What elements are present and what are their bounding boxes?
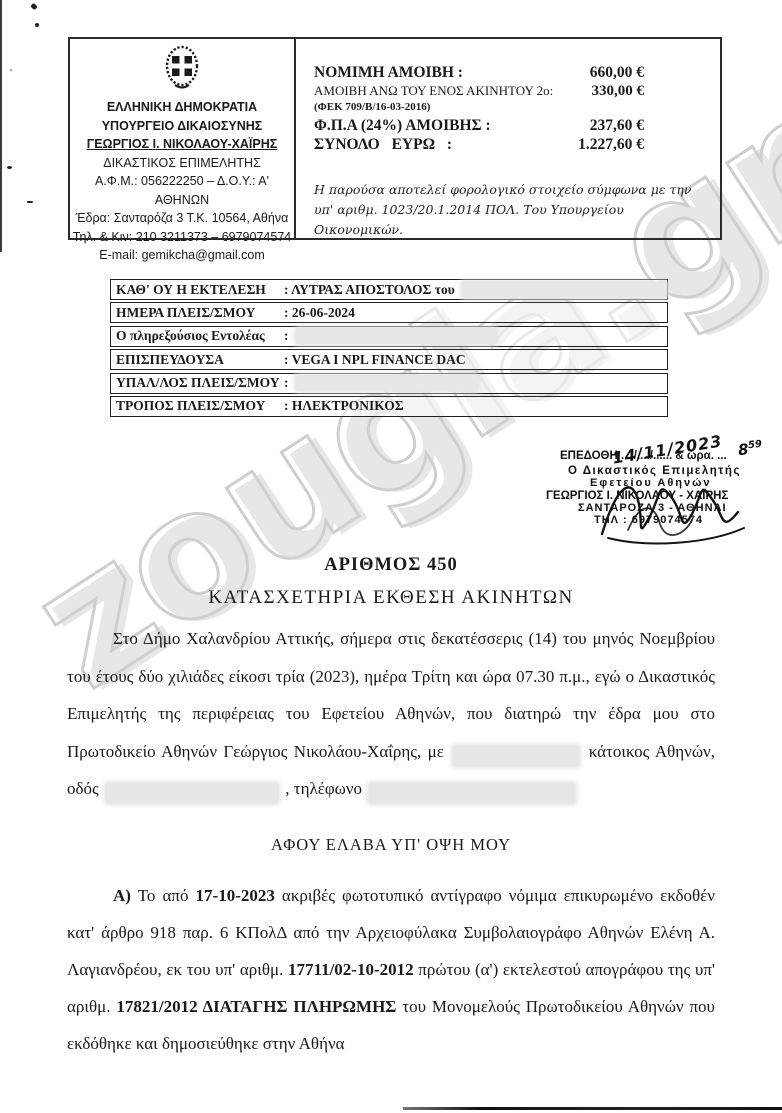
scan-bottom-artifact <box>403 1107 782 1110</box>
fee-tax-note: Η παρούσα αποτελεί φορολογικό στοιχείο σ… <box>314 180 706 240</box>
fee-label-legal: ΝΟΜΙΜΗ ΑΜΟΙΒΗ : <box>314 63 463 82</box>
row-value: : <box>284 375 289 391</box>
row-label: ΥΠΑΛ/ΛΟΣ ΠΛΕΙΣ/ΣΜΟΥ <box>116 375 284 391</box>
scan-edge-line <box>0 0 2 252</box>
case-details-table: ΚΑΘ' ΟΥ Η ΕΚΤΕΛΕΣΗ : ΛΥΤΡΑΣ ΑΠΟΣΤΟΛΟΣ το… <box>110 279 668 419</box>
letterhead-bailiff-name: ΓΕΩΡΓΙΟΣ Ι. ΝΙΚΟΛΑΟΥ-ΧΑΪΡΗΣ <box>70 135 294 154</box>
scanned-document-page: zougla.gr ΕΛΛΗΝΙΚΗ ΔΗΜΟΚΡΑΤΙΑ ΥΠΟΥΡΓΕΙΟ … <box>0 0 782 1113</box>
paragraph-text-bold: 17711/02-10-2012 <box>288 960 414 979</box>
stamp-served-dots2: ... <box>717 450 727 462</box>
paragraph-text-bold: 17821/2012 ΔΙΑΤΑΓΗΣ ΠΛΗΡΩΜΗΣ <box>116 997 396 1016</box>
fee-amount-legal: 660,00 € <box>590 63 644 82</box>
row-value: : ΛΥΤΡΑΣ ΑΠΟΣΤΟΛΟΣ του <box>284 282 455 298</box>
table-row: ΤΡΟΠΟΣ ΠΛΕΙΣ/ΣΜΟΥ : ΗΛΕΚΤΡΟΝΙΚΟΣ <box>110 396 668 417</box>
fee-label-vat: Φ.Π.Α (24%) ΑΜΟΙΒΗΣ : <box>314 116 491 135</box>
redaction-bar <box>369 783 575 803</box>
row-label: Ο πληρεξούσιος Εντολέας <box>116 328 284 344</box>
scan-speck <box>35 23 39 27</box>
section-heading: ΑΦΟΥ ΕΛΑΒΑ ΥΠ' ΟΨΗ ΜΟΥ <box>67 835 715 855</box>
body-paragraph-a: Α) Το από 17-10-2023 ακριβές φωτοτυπικό … <box>67 877 715 1062</box>
table-row: ΗΜΕΡΑ ΠΛΕΙΣ/ΣΜΟΥ : 26-06-2024 <box>110 302 668 323</box>
redaction-bar <box>106 783 278 803</box>
fee-amount-total: 1.227,60 € <box>578 135 644 154</box>
body-paragraph-1: Στο Δήμο Χαλανδρίου Αττικής, σήμερα στις… <box>67 620 715 808</box>
letterhead-bailiff-title: ΔΙΚΑΣΤΙΚΟΣ ΕΠΙΜΕΛΗΤΗΣ <box>70 154 294 173</box>
row-value: : <box>284 328 289 344</box>
service-stamp: ΕΠΕΔΟΘΗ ..../..../...... & ώρα. ... 14/1… <box>560 450 782 526</box>
table-row: ΚΑΘ' ΟΥ Η ΕΚΤΕΛΕΣΗ : ΛΥΤΡΑΣ ΑΠΟΣΤΟΛΟΣ το… <box>110 279 668 300</box>
fee-amount-extra-property: 330,00 € <box>592 82 645 100</box>
redaction-bar <box>462 282 667 298</box>
row-label: ΗΜΕΡΑ ΠΛΕΙΣ/ΣΜΟΥ <box>116 305 284 321</box>
row-label: ΚΑΘ' ΟΥ Η ΕΚΤΕΛΕΣΗ <box>116 282 284 298</box>
paragraph-text: Το από <box>131 886 196 905</box>
letterhead-afm: Α.Φ.Μ.: 056222250 – Δ.Ο.Υ.: Α' ΑΘΗΝΩΝ <box>70 172 294 209</box>
handwritten-date: 14/11/2023 <box>611 431 723 467</box>
paragraph-text-bold: 17-10-2023 <box>196 886 275 905</box>
letterhead-ministry: ΥΠΟΥΡΓΕΙΟ ΔΙΚΑΙΟΣΥΝΗΣ <box>70 117 294 136</box>
scan-speck <box>10 69 12 71</box>
redaction-bar <box>453 746 579 766</box>
paragraph-text: , τηλέφωνο <box>281 779 366 798</box>
fee-label-fek: (ΦΕΚ 709/Β/16-03-2016) <box>314 100 430 114</box>
row-value: : VEGA I NPL FINANCE DAC <box>284 352 466 368</box>
fee-summary: ΝΟΜΙΜΗ ΑΜΟΙΒΗ : 660,00 € ΑΜΟΙΒΗ ΑΝΩ ΤΟΥ … <box>296 39 720 238</box>
redaction-bar <box>296 375 478 391</box>
row-label: ΕΠΙΣΠΕΥΔΟΥΣΑ <box>116 352 284 368</box>
letterhead-email: E-mail: gemikcha@gmail.com <box>70 246 294 265</box>
stamp-served-prefix: ΕΠΕΔΟΘΗ <box>560 450 618 462</box>
fee-label-total: ΣΥΝΟΛΟ ΕΥΡΩ : <box>314 135 452 154</box>
letterhead-phone: Τηλ. & Κιν: 210 3211373 – 6979074574 <box>70 228 294 247</box>
row-label: ΤΡΟΠΟΣ ΠΛΕΙΣ/ΣΜΟΥ <box>116 398 284 414</box>
table-row: Ο πληρεξούσιος Εντολέας : <box>110 326 668 347</box>
letterhead-address: Έδρα: Σανταρόζα 3 Τ.Κ. 10564, Αθήνα <box>70 209 294 228</box>
row-value: : ΗΛΕΚΤΡΟΝΙΚΟΣ <box>284 398 404 414</box>
scan-speck <box>27 201 33 203</box>
letterhead-box: ΕΛΛΗΝΙΚΗ ΔΗΜΟΚΡΑΤΙΑ ΥΠΟΥΡΓΕΙΟ ΔΙΚΑΙΟΣΥΝΗ… <box>68 37 722 240</box>
scan-speck <box>7 166 12 169</box>
signature-scribble <box>588 472 758 550</box>
handwritten-time: 859 <box>737 439 763 459</box>
fee-amount-vat: 237,60 € <box>590 116 644 135</box>
row-value: : 26-06-2024 <box>284 305 355 321</box>
document-number-title: ΑΡΙΘΜΟΣ 450 <box>67 555 715 576</box>
document-main-title: ΚΑΤΑΣΧΕΤΗΡΙΑ ΕΚΘΕΣΗ ΑΚΙΝΗΤΩΝ <box>67 587 715 609</box>
redaction-bar <box>296 328 496 344</box>
table-row: ΥΠΑΛ/ΛΟΣ ΠΛΕΙΣ/ΣΜΟΥ : <box>110 373 668 394</box>
scan-speck <box>30 3 38 11</box>
table-row: ΕΠΙΣΠΕΥΔΟΥΣΑ : VEGA I NPL FINANCE DAC <box>110 349 668 370</box>
letterhead-country: ΕΛΛΗΝΙΚΗ ΔΗΜΟΚΡΑΤΙΑ <box>70 98 294 117</box>
greek-coat-of-arms-icon <box>163 42 201 94</box>
paragraph-text-bold: Α) <box>113 886 131 905</box>
fee-label-extra-property: ΑΜΟΙΒΗ ΑΝΩ ΤΟΥ ΕΝΟΣ ΑΚΙΝΗΤΟΥ 2ο: <box>314 82 553 100</box>
letterhead-identity: ΕΛΛΗΝΙΚΗ ΔΗΜΟΚΡΑΤΙΑ ΥΠΟΥΡΓΕΙΟ ΔΙΚΑΙΟΣΥΝΗ… <box>70 39 296 238</box>
